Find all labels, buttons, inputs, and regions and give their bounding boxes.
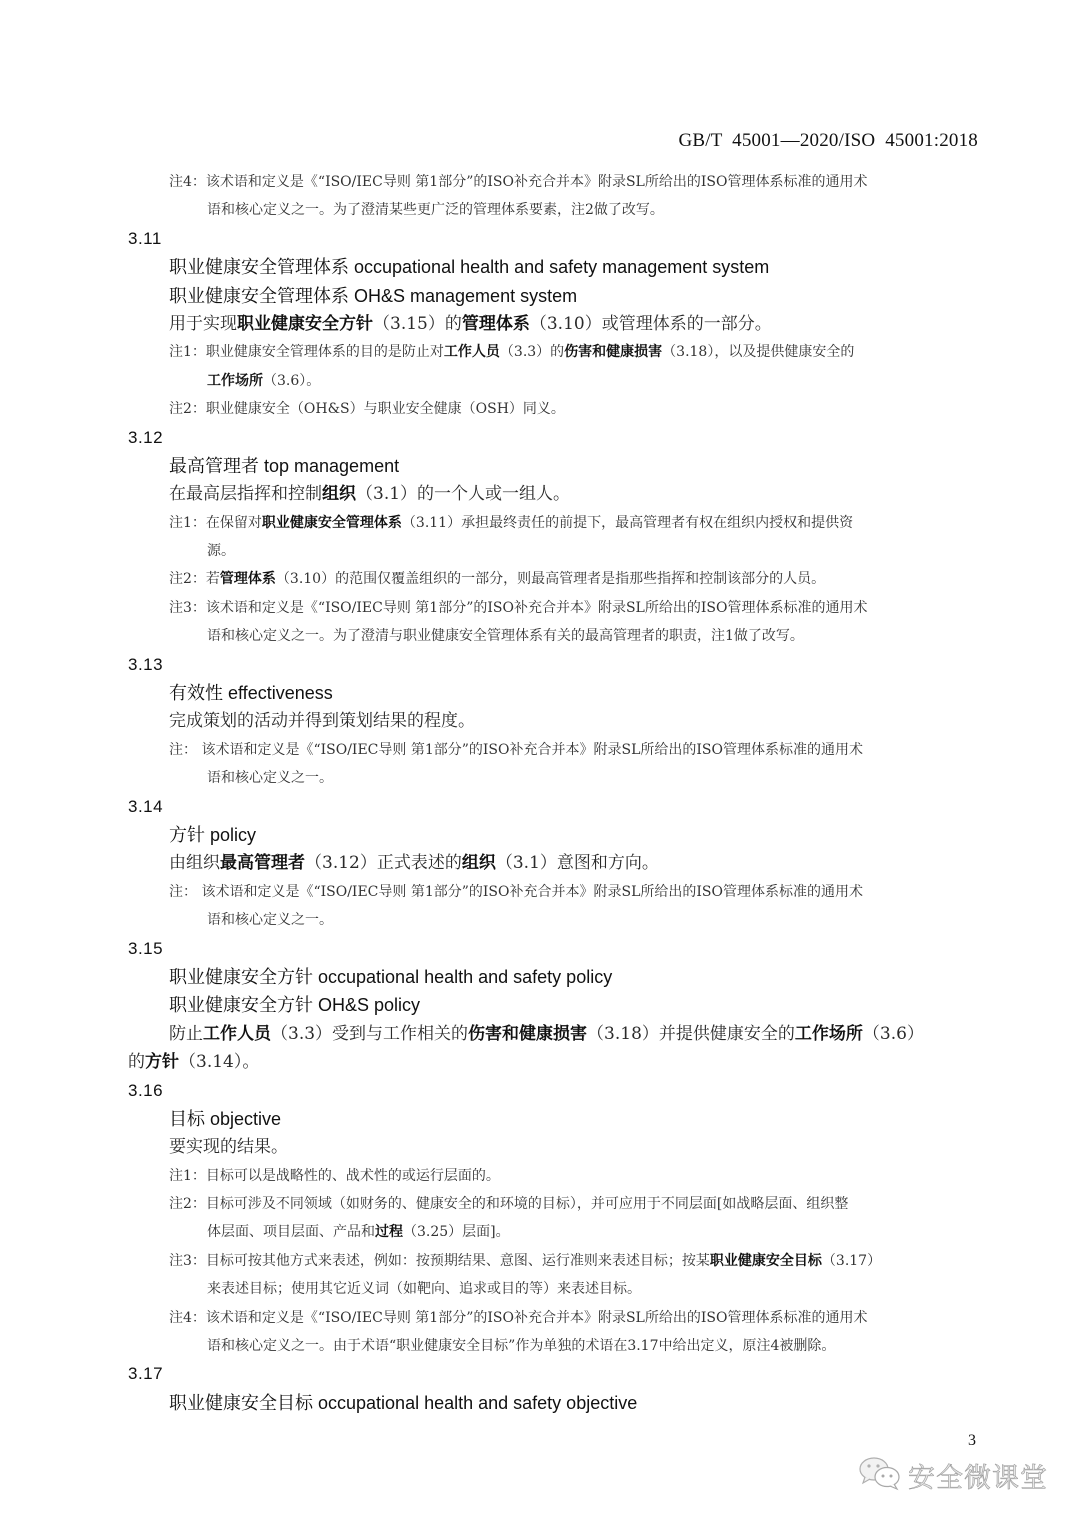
term-reference: 工作人员 <box>203 1024 271 1044</box>
text-segment: （3.3）的 <box>500 344 564 360</box>
term-heading: 职业健康安全方针 OH&S policy <box>128 991 980 1019</box>
text-segment: 目标 objective <box>169 1109 281 1129</box>
watermark: 安全微课堂 <box>858 1455 1048 1496</box>
text-segment: 语和核心定义之一。为了澄清某些更广泛的管理体系要素，注2做了改写。 <box>207 202 664 218</box>
text-segment: 职业健康安全方针 OH&S policy <box>169 995 420 1015</box>
note-text: 注4：该术语和定义是《“ISO/IEC导则 第1部分”的ISO补充合并本》附录S… <box>128 168 980 196</box>
note-text: 注： 该术语和定义是《“ISO/IEC导则 第1部分”的ISO补充合并本》附录S… <box>128 736 980 764</box>
text-segment: （3.6）。 <box>263 373 320 389</box>
term-reference: 伤害和健康损害 <box>468 1024 587 1044</box>
text-segment: 由组织 <box>169 853 220 873</box>
document-page: GB/T 45001—2020/ISO 45001:2018 注4：该术语和定义… <box>0 0 1080 1527</box>
text-segment: 来表述目标；使用其它近义词（如靶向、追求或目的等）来表述目标。 <box>207 1281 641 1297</box>
watermark-text: 安全微课堂 <box>908 1456 1048 1495</box>
text-segment: 源。 <box>207 543 235 559</box>
note-continuation: 语和核心定义之一。 <box>128 906 980 934</box>
term-heading: 方针 policy <box>128 821 980 849</box>
clause-number: 3.12 <box>128 424 980 452</box>
term-heading: 最高管理者 top management <box>128 452 980 480</box>
text-segment: 用于实现 <box>169 314 237 334</box>
term-reference: 管理体系 <box>220 571 276 587</box>
term-reference: 职业健康安全管理体系 <box>262 515 402 531</box>
text-segment: （3.10）或管理体系的一部分。 <box>530 314 772 334</box>
clause-number: 3.16 <box>128 1077 980 1105</box>
note-continuation: 工作场所（3.6）。 <box>128 367 980 395</box>
definition-text: 用于实现职业健康安全方针（3.15）的管理体系（3.10）或管理体系的一部分。 <box>128 310 980 338</box>
definition-text: 完成策划的活动并得到策划结果的程度。 <box>128 707 980 735</box>
text-segment: 3.14 <box>128 797 163 816</box>
note-text: 注2：职业健康安全（OH&S）与职业安全健康（OSH）同义。 <box>128 395 980 423</box>
text-segment: 语和核心定义之一。由于术语“职业健康安全目标”作为单独的术语在3.17中给出定义… <box>207 1338 835 1354</box>
term-reference: 组织 <box>322 484 356 504</box>
note-text: 注1：职业健康安全管理体系的目的是防止对工作人员（3.3）的伤害和健康损害（3.… <box>128 338 980 366</box>
text-segment: 3.17 <box>128 1364 163 1383</box>
standard-code-header: GB/T 45001—2020/ISO 45001:2018 <box>678 130 978 152</box>
text-segment: （3.25）层面]。 <box>403 1224 510 1240</box>
definition-text: 要实现的结果。 <box>128 1133 980 1161</box>
note-continuation: 语和核心定义之一。 <box>128 764 980 792</box>
text-segment: 3.16 <box>128 1081 163 1100</box>
text-segment: 有效性 effectiveness <box>169 683 333 703</box>
term-heading: 有效性 effectiveness <box>128 679 980 707</box>
document-body: 注4：该术语和定义是《“ISO/IEC导则 第1部分”的ISO补充合并本》附录S… <box>128 168 980 1417</box>
wechat-icon <box>858 1455 902 1496</box>
text-segment: 注3：该术语和定义是《“ISO/IEC导则 第1部分”的ISO补充合并本》附录S… <box>169 600 867 616</box>
text-segment: 注4：该术语和定义是《“ISO/IEC导则 第1部分”的ISO补充合并本》附录S… <box>169 174 867 190</box>
text-segment: 注2：若 <box>169 571 220 587</box>
text-segment: 3.13 <box>128 655 163 674</box>
text-segment: 职业健康安全管理体系 occupational health and safet… <box>169 257 769 277</box>
text-segment: 职业健康安全方针 occupational health and safety … <box>169 967 612 987</box>
text-segment: （3.3）受到与工作相关的 <box>271 1024 468 1044</box>
note-continuation: 语和核心定义之一。为了澄清某些更广泛的管理体系要素，注2做了改写。 <box>128 196 980 224</box>
term-reference: 管理体系 <box>462 314 530 334</box>
note-text: 注3：目标可按其他方式来表述，例如：按预期结果、意图、运行准则来表述目标；按某职… <box>128 1247 980 1275</box>
term-heading: 职业健康安全管理体系 OH&S management system <box>128 282 980 310</box>
note-continuation: 来表述目标；使用其它近义词（如靶向、追求或目的等）来表述目标。 <box>128 1275 980 1303</box>
clause-number: 3.17 <box>128 1360 980 1388</box>
text-segment: 注1：职业健康安全管理体系的目的是防止对 <box>169 344 444 360</box>
text-segment: 防止 <box>169 1024 203 1044</box>
text-segment: 职业健康安全目标 occupational health and safety … <box>169 1393 637 1413</box>
note-text: 注2：若管理体系（3.10）的范围仅覆盖组织的一部分，则最高管理者是指那些指挥和… <box>128 565 980 593</box>
note-continuation: 语和核心定义之一。为了澄清与职业健康安全管理体系有关的最高管理者的职责，注1做了… <box>128 622 980 650</box>
text-segment: 语和核心定义之一。为了澄清与职业健康安全管理体系有关的最高管理者的职责，注1做了… <box>207 628 804 644</box>
definition-text: 防止工作人员（3.3）受到与工作相关的伤害和健康损害（3.18）并提供健康安全的… <box>128 1020 980 1048</box>
term-reference: 过程 <box>375 1224 403 1240</box>
note-text: 注1：在保留对职业健康安全管理体系（3.11）承担最终责任的前提下，最高管理者有… <box>128 509 980 537</box>
text-segment: 最高管理者 top management <box>169 456 399 476</box>
note-text: 注1：目标可以是战略性的、战术性的或运行层面的。 <box>128 1162 980 1190</box>
text-segment: （3.17） <box>822 1253 881 1269</box>
text-segment: （3.12）正式表述的 <box>305 853 462 873</box>
term-reference: 组织 <box>462 853 496 873</box>
text-segment: 注3：目标可按其他方式来表述，例如：按预期结果、意图、运行准则来表述目标；按某 <box>169 1253 710 1269</box>
text-segment: 注： 该术语和定义是《“ISO/IEC导则 第1部分”的ISO补充合并本》附录S… <box>169 884 863 900</box>
page-number: 3 <box>968 1432 976 1450</box>
note-text: 注： 该术语和定义是《“ISO/IEC导则 第1部分”的ISO补充合并本》附录S… <box>128 878 980 906</box>
clause-number: 3.11 <box>128 225 980 253</box>
definition-continuation: 的方针（3.14）。 <box>128 1048 980 1076</box>
text-segment: 注2：职业健康安全（OH&S）与职业安全健康（OSH）同义。 <box>169 401 565 417</box>
text-segment: 的 <box>128 1052 145 1072</box>
term-reference: 工作场所 <box>207 373 263 389</box>
text-segment: （3.15）的 <box>373 314 462 334</box>
text-segment: 体层面、项目层面、产品和 <box>207 1224 375 1240</box>
note-continuation: 语和核心定义之一。由于术语“职业健康安全目标”作为单独的术语在3.17中给出定义… <box>128 1332 980 1360</box>
text-segment: （3.6） <box>863 1024 924 1044</box>
text-segment: （3.18），以及提供健康安全的 <box>662 344 854 360</box>
text-segment: （3.10）的范围仅覆盖组织的一部分，则最高管理者是指那些指挥和控制该部分的人员… <box>276 571 825 587</box>
term-heading: 目标 objective <box>128 1105 980 1133</box>
note-continuation: 体层面、项目层面、产品和过程（3.25）层面]。 <box>128 1218 980 1246</box>
term-heading: 职业健康安全管理体系 occupational health and safet… <box>128 253 980 281</box>
note-continuation: 源。 <box>128 537 980 565</box>
text-segment: （3.11）承担最终责任的前提下，最高管理者有权在组织内授权和提供资 <box>402 515 853 531</box>
text-segment: 要实现的结果。 <box>169 1137 288 1157</box>
text-segment: 完成策划的活动并得到策划结果的程度。 <box>169 711 475 731</box>
term-heading: 职业健康安全目标 occupational health and safety … <box>128 1389 980 1417</box>
term-reference: 职业健康安全方针 <box>237 314 373 334</box>
text-segment: 注： 该术语和定义是《“ISO/IEC导则 第1部分”的ISO补充合并本》附录S… <box>169 742 863 758</box>
text-segment: 3.11 <box>128 229 162 248</box>
text-segment: 注1：在保留对 <box>169 515 262 531</box>
text-segment: 注1：目标可以是战略性的、战术性的或运行层面的。 <box>169 1168 500 1184</box>
term-reference: 职业健康安全目标 <box>710 1253 822 1269</box>
text-segment: 方针 policy <box>169 825 256 845</box>
text-segment: 语和核心定义之一。 <box>207 770 333 786</box>
text-segment: 职业健康安全管理体系 OH&S management system <box>169 286 577 306</box>
text-segment: （3.1）意图和方向。 <box>496 853 659 873</box>
text-segment: 注2：目标可涉及不同领域（如财务的、健康安全的和环境的目标），并可应用于不同层面… <box>169 1196 848 1212</box>
text-segment: （3.14）。 <box>179 1052 259 1072</box>
text-segment: 语和核心定义之一。 <box>207 912 333 928</box>
clause-number: 3.13 <box>128 651 980 679</box>
term-heading: 职业健康安全方针 occupational health and safety … <box>128 963 980 991</box>
text-segment: 注4：该术语和定义是《“ISO/IEC导则 第1部分”的ISO补充合并本》附录S… <box>169 1310 867 1326</box>
clause-number: 3.15 <box>128 935 980 963</box>
term-reference: 方针 <box>145 1052 179 1072</box>
text-segment: （3.18）并提供健康安全的 <box>587 1024 795 1044</box>
text-segment: 在最高层指挥和控制 <box>169 484 322 504</box>
text-segment: 3.12 <box>128 428 163 447</box>
clause-number: 3.14 <box>128 793 980 821</box>
definition-text: 在最高层指挥和控制组织（3.1）的一个人或一组人。 <box>128 480 980 508</box>
term-reference: 伤害和健康损害 <box>564 344 662 360</box>
note-text: 注4：该术语和定义是《“ISO/IEC导则 第1部分”的ISO补充合并本》附录S… <box>128 1304 980 1332</box>
note-text: 注3：该术语和定义是《“ISO/IEC导则 第1部分”的ISO补充合并本》附录S… <box>128 594 980 622</box>
term-reference: 工作人员 <box>444 344 500 360</box>
note-text: 注2：目标可涉及不同领域（如财务的、健康安全的和环境的目标），并可应用于不同层面… <box>128 1190 980 1218</box>
term-reference: 最高管理者 <box>220 853 305 873</box>
text-segment: 3.15 <box>128 939 163 958</box>
definition-text: 由组织最高管理者（3.12）正式表述的组织（3.1）意图和方向。 <box>128 849 980 877</box>
text-segment: （3.1）的一个人或一组人。 <box>356 484 570 504</box>
term-reference: 工作场所 <box>795 1024 863 1044</box>
